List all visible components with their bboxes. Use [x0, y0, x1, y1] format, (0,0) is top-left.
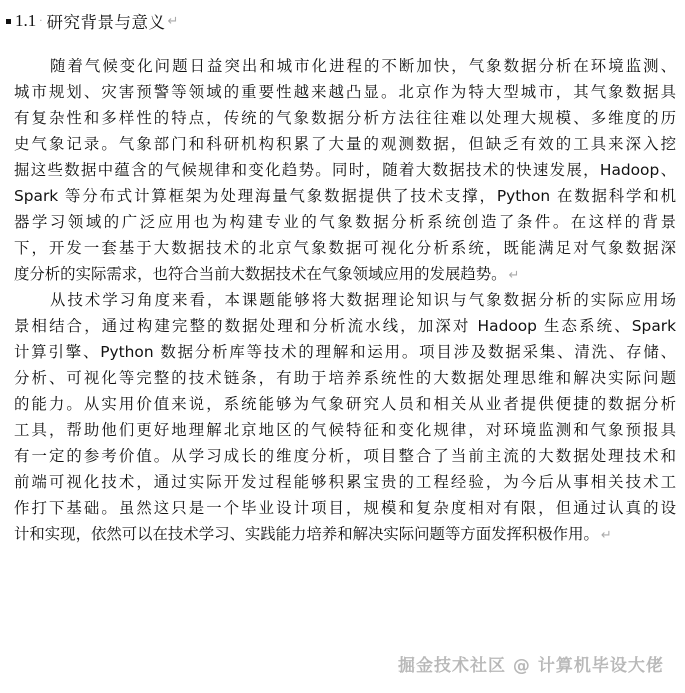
body-text: 随着气候变化问题日益突出和城市化进程的不断加快，气象数据分析在环境监测、 城市规…	[14, 53, 676, 547]
paragraph-2-line-3: 计算引擎、Python 数据分析库等技术的理解和运用。项目涉及数据采集、清洗、存…	[14, 339, 676, 365]
paragraph-1-line-1: 随着气候变化问题日益突出和城市化进程的不断加快，气象数据分析在环境监测、	[14, 53, 676, 79]
paragraph-2-line-1: 从技术学习角度来看，本课题能够将大数据理论知识与气象数据分析的实际应用场	[14, 287, 676, 313]
paragraph-2-line-7: 有一定的参考价值。从学习成长的维度分析，项目整合了当前主流的大数据处理技术和	[14, 443, 676, 469]
paragraph-2-line-2: 景相结合，通过构建完整的数据处理和分析流水线，加深对 Hadoop 生态系统、S…	[14, 313, 676, 339]
paragraph-1-line-3: 有复杂性和多样性的特点，传统的气象数据分析方法往往难以处理大规模、多维度的历	[14, 105, 676, 131]
paragraph-2-line-9: 作打下基础。虽然这只是一个毕业设计项目，规模和复杂度相对有限，但通过认真的设	[14, 495, 676, 521]
paragraph-1-line-7: 器学习领域的广泛应用也为构建专业的气象数据分析系统创造了条件。在这样的背景	[14, 209, 676, 235]
watermark: 掘金技术社区 @ 计算机毕设大佬	[398, 651, 664, 676]
paragraph-1-line-2: 城市规划、灾害预警等领域的重要性越来越凸显。北京作为特大型城市，其气象数据具	[14, 79, 676, 105]
paragraph-1-line-6: Spark 等分布式计算框架为处理海量气象数据提供了技术支撑，Python 在数…	[14, 183, 676, 209]
heading-bullet-icon	[6, 19, 11, 24]
paragraph-1-line-5: 掘这些数据中蕴含的气候规律和变化趋势。同时，随着大数据技术的快速发展，Hadoo…	[14, 157, 676, 183]
paragraph-2-line-10: 计和实现，依然可以在技术学习、实践能力培养和解决实际问题等方面发挥积极作用。↵	[14, 521, 676, 547]
space-mark-icon: ·	[39, 16, 42, 27]
paragraph-1-line-8: 下，开发一套基于大数据技术的北京气象数据可视化分析系统，既能满足对气象数据深	[14, 235, 676, 261]
paragraph-1-line-9-text: 度分析的实际需求，也符合当前大数据技术在气象领域应用的发展趋势。	[14, 265, 507, 283]
paragraph-2-line-8: 前端可视化技术，通过实际开发过程能够积累宝贵的工程经验，为今后从事相关技术工	[14, 469, 676, 495]
paragraph-mark-icon: ↵	[509, 268, 520, 283]
document-page: 1.1 · 研究背景与意义 ↵ 随着气候变化问题日益突出和城市化进程的不断加快，…	[0, 0, 685, 693]
section-number: 1.1	[15, 11, 36, 31]
paragraph-1-line-9: 度分析的实际需求，也符合当前大数据技术在气象领域应用的发展趋势。↵	[14, 261, 676, 287]
paragraph-2-line-4: 分析、可视化等完整的技术链条，有助于培养系统性的大数据处理思维和解决实际问题	[14, 365, 676, 391]
section-heading: 1.1 · 研究背景与意义 ↵	[6, 8, 178, 34]
paragraph-mark-icon: ↵	[167, 14, 178, 29]
paragraph-2-line-5: 的能力。从实用价值来说，系统能够为气象研究人员和相关从业者提供便捷的数据分析	[14, 391, 676, 417]
paragraph-2-line-10-text: 计和实现，依然可以在技术学习、实践能力培养和解决实际问题等方面发挥积极作用。	[14, 525, 599, 543]
paragraph-2-line-6: 工具，帮助他们更好地理解北京地区的气候特征和变化规律，对环境监测和气象预报具	[14, 417, 676, 443]
paragraph-mark-icon: ↵	[601, 528, 612, 543]
paragraph-1-line-4: 史气象记录。气象部门和科研机构积累了大量的观测数据，但缺乏有效的工具来深入挖	[14, 131, 676, 157]
section-title: 研究背景与意义	[46, 9, 165, 33]
